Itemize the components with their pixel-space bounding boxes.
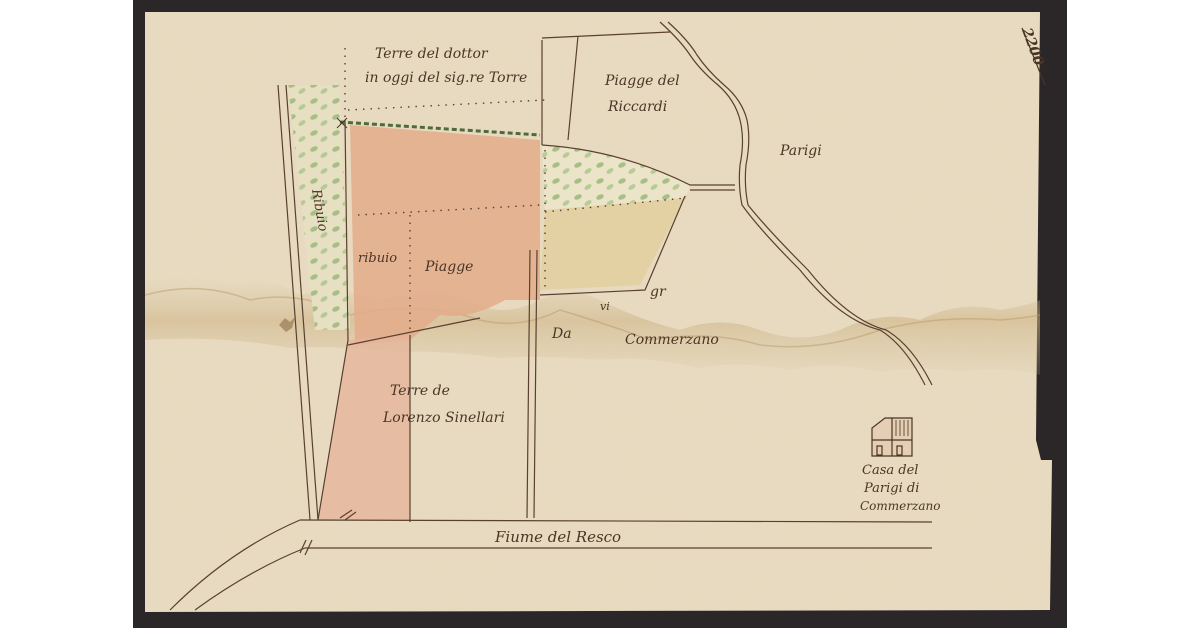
historical-map: Terre del dottor in oggi del sig.re Torr… <box>0 0 1200 628</box>
label-piagge-field: Piagge <box>424 259 473 275</box>
map-viewer: Terre del dottor in oggi del sig.re Torr… <box>0 0 1200 628</box>
label-house-2: Parigi di <box>863 481 919 496</box>
label-top-parcel-2: in oggi del sig.re Torre <box>365 70 527 86</box>
house-icon <box>872 418 912 456</box>
label-vi: vi <box>600 300 610 313</box>
label-ribuio-field: ribuio <box>358 251 397 266</box>
label-commerzano: Commerzano <box>625 332 719 348</box>
label-top-parcel-1: Terre del dottor <box>375 46 489 62</box>
label-house-1: Casa del <box>862 463 918 478</box>
label-gr: gr <box>650 284 667 300</box>
label-piagge-riccardi-2: Riccardi <box>607 99 667 115</box>
label-piagge-riccardi-1: Piagge del <box>604 73 680 89</box>
label-terre-1: Terre de <box>390 383 450 399</box>
label-da: Da <box>551 326 572 342</box>
label-river: Fiume del Resco <box>494 528 621 546</box>
label-parigi: Parigi <box>779 143 822 159</box>
label-terre-2: Lorenzo Sinellari <box>382 410 505 426</box>
label-house-3: Commerzano <box>860 499 940 513</box>
